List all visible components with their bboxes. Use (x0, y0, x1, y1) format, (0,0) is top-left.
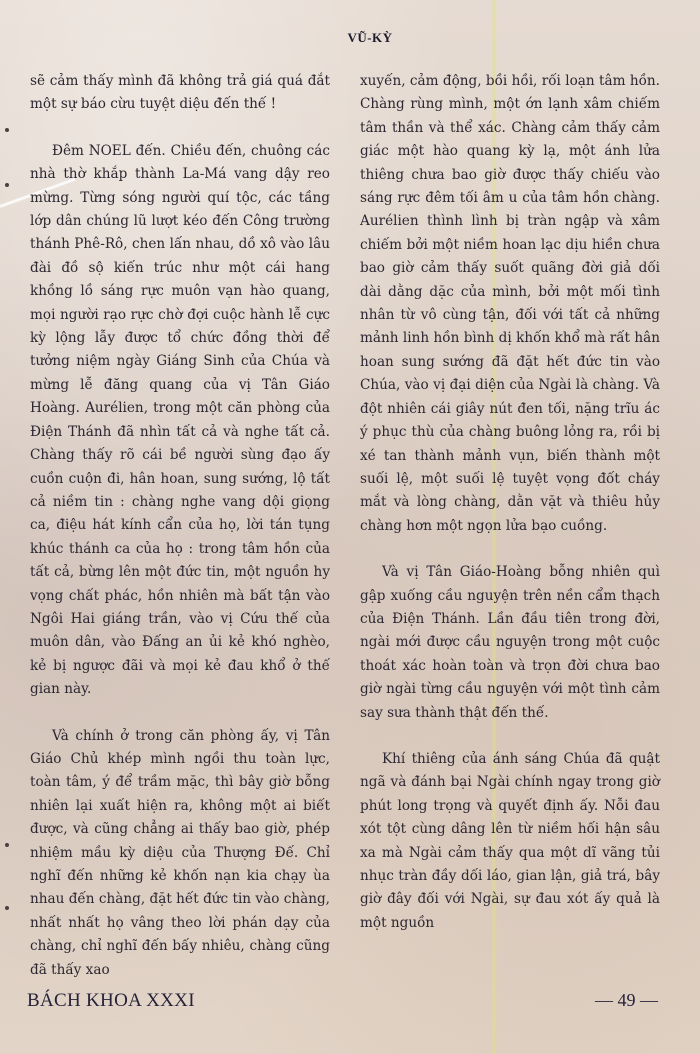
punch-hole-mark (5, 906, 9, 910)
punch-hole-mark (5, 843, 9, 847)
running-head: VŨ-KỲ (0, 30, 700, 46)
punch-hole-mark (5, 183, 9, 187)
page-number: — 49 — (595, 990, 658, 1011)
left-column: sẽ cảm thấy mình đã không trả giá quá đắ… (30, 70, 330, 1005)
paragraph: Và vị Tân Giáo-Hoàng bỗng nhiên quì gập … (360, 561, 660, 725)
paragraph: sẽ cảm thấy mình đã không trả giá quá đắ… (30, 70, 330, 117)
paragraph: xuyến, cảm động, bồi hồi, rối loạn tâm h… (360, 70, 660, 538)
paragraph: Đêm NOEL đến. Chiều đến, chuông các nhà … (30, 140, 330, 702)
publication-name: BÁCH KHOA XXXI (27, 990, 195, 1012)
punch-hole-mark (5, 128, 9, 132)
paragraph: Khí thiêng của ánh sáng Chúa đã quật ngã… (360, 748, 660, 935)
paragraph: Và chính ở trong căn phòng ấy, vị Tân Gi… (30, 725, 330, 982)
right-column: xuyến, cảm động, bồi hồi, rối loạn tâm h… (360, 70, 660, 958)
